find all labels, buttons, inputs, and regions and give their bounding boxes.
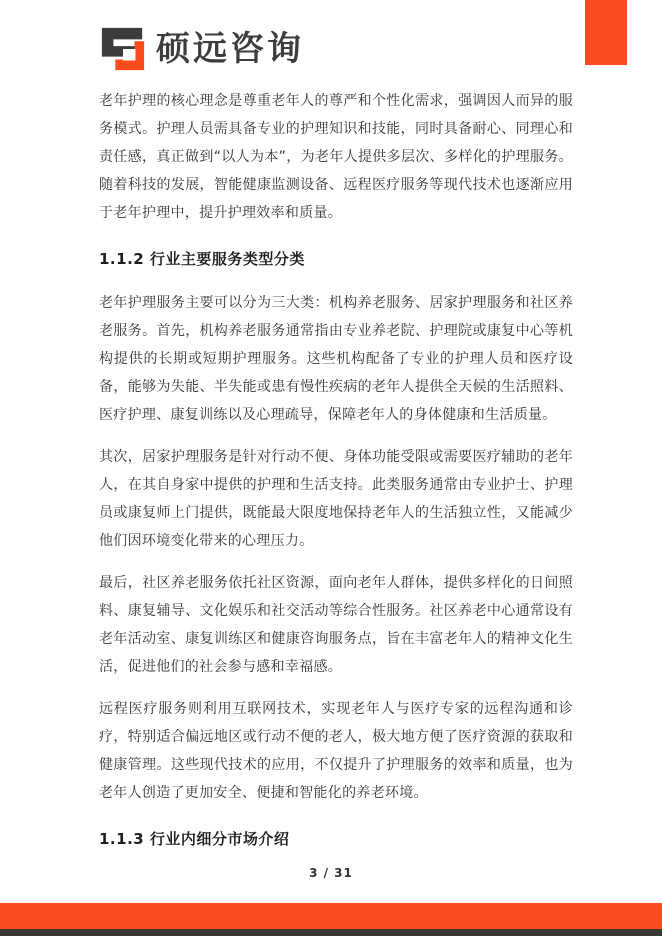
paragraph-home-care: 其次，居家护理服务是针对行动不便、身体功能受限或需要医疗辅助的老年人，在其自身家… [99, 443, 573, 555]
top-accent-block [585, 0, 627, 65]
paragraph-telemedicine: 远程医疗服务则利用互联网技术，实现老年人与医疗专家的远程沟通和诊疗，特别适合偏远… [99, 695, 573, 807]
document-content: 老年护理的核心理念是尊重老年人的尊严和个性化需求，强调因人而异的服务模式。护理人… [99, 87, 573, 869]
brand-logo-icon [100, 26, 146, 72]
paragraph-core-concept: 老年护理的核心理念是尊重老年人的尊严和个性化需求，强调因人而异的服务模式。护理人… [99, 87, 573, 227]
paragraph-community-care: 最后，社区养老服务依托社区资源，面向老年人群体，提供多样化的日间照料、康复辅导、… [99, 569, 573, 681]
brand-logo: 硕远咨询 [100, 26, 304, 72]
brand-logo-text: 硕远咨询 [156, 26, 304, 72]
heading-section-1-1-2: 1.1.2 行业主要服务类型分类 [99, 245, 573, 273]
page-number-indicator: 3 / 31 [0, 866, 662, 880]
paragraph-service-categories: 老年护理服务主要可以分为三大类：机构养老服务、居家护理服务和社区养老服务。首先，… [99, 289, 573, 429]
bottom-accent-bar [0, 903, 662, 929]
document-page: 硕远咨询 老年护理的核心理念是尊重老年人的尊严和个性化需求，强调因人而异的服务模… [0, 0, 662, 936]
bottom-dark-strip [0, 929, 662, 936]
heading-section-1-1-3: 1.1.3 行业内细分市场介绍 [99, 825, 573, 853]
